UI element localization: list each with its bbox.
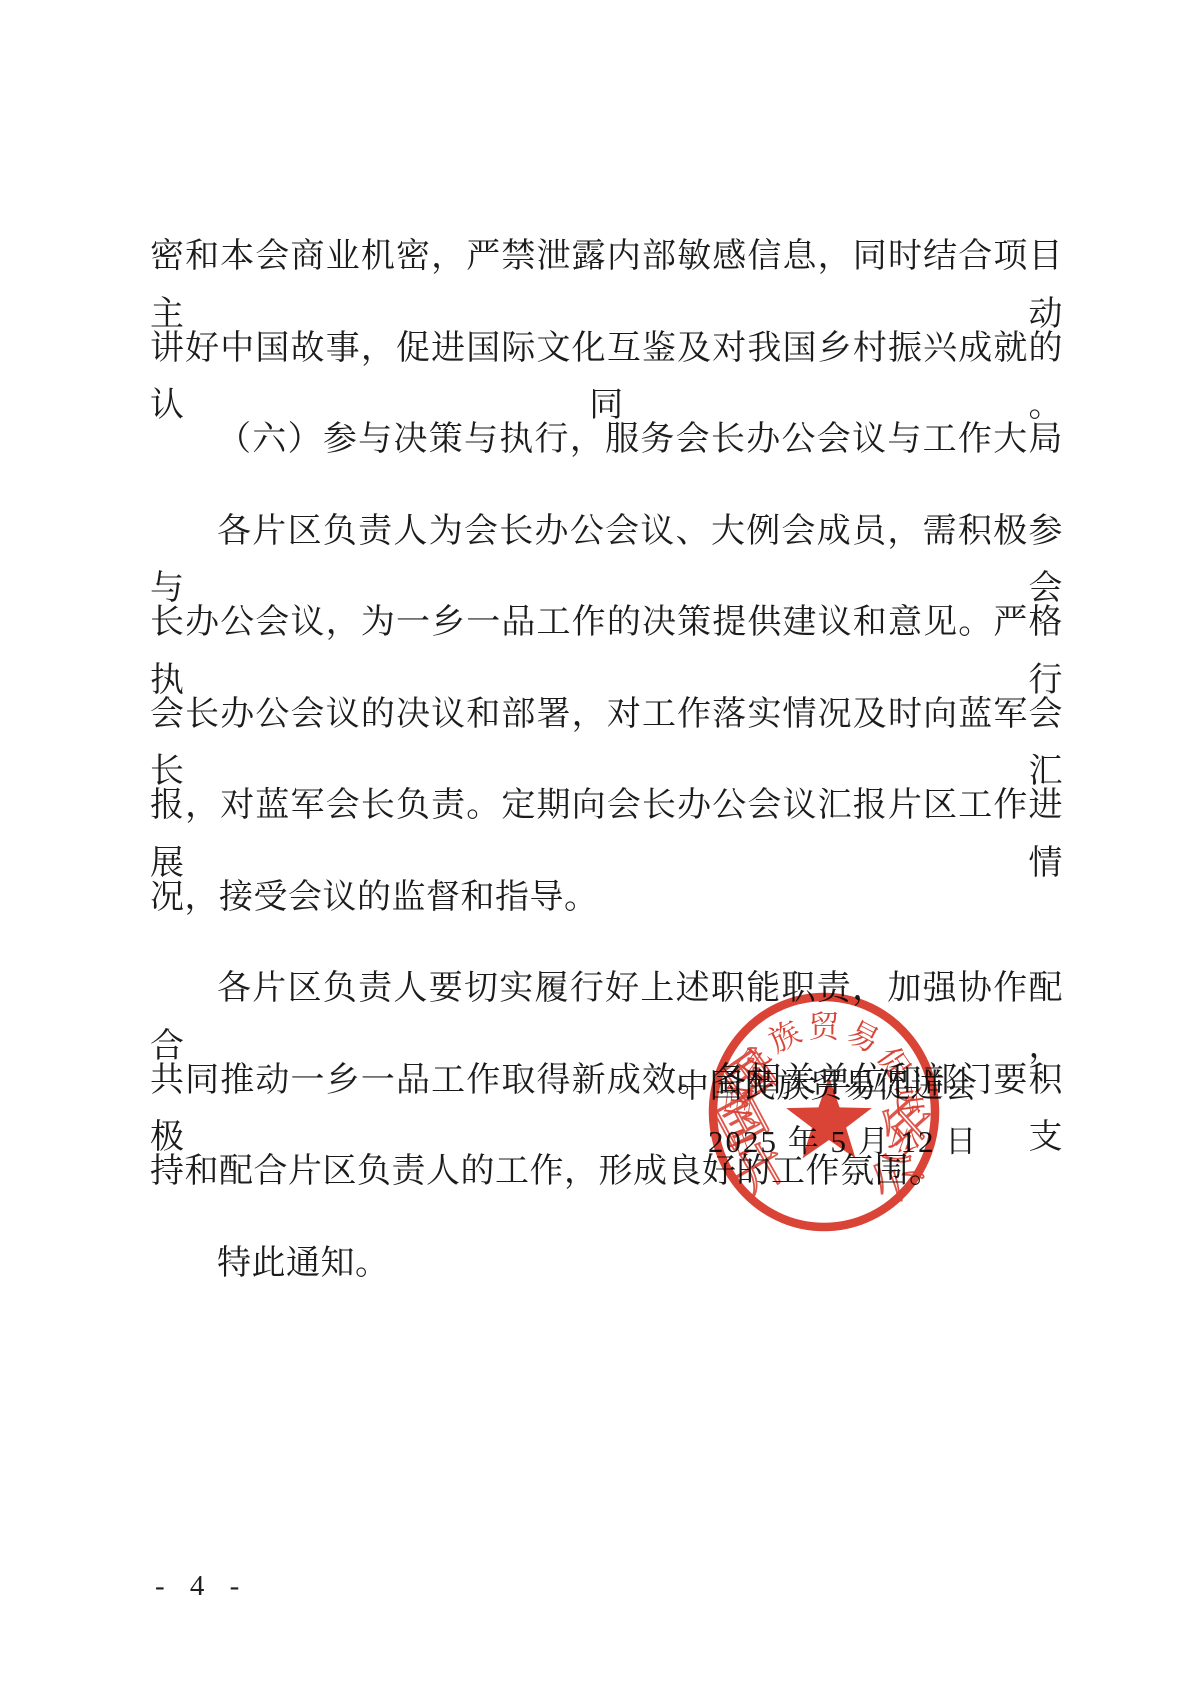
section-heading: （六）参与决策与执行，服务会长办公会议与工作大局 [150,411,1063,469]
document-page: 密和本会商业机密，严禁泄露内部敏感信息，同时结合项目主动 讲好中国故事，促进国际… [0,0,1198,1695]
seal-ring-char: 贸 [809,1010,841,1045]
seal-ghost-char: 公 [859,1139,934,1214]
official-seal-stamp: 中国民族贸易促进会 国 国 廾 年 公 [655,935,1000,1280]
seal-ring-char: 易 [841,1014,885,1059]
page-number: - 4 - [155,1570,248,1603]
seal-ring-char: 促 [870,1040,916,1085]
text-line: 密和本会商业机密，严禁泄露内部敏感信息，同时结合项目主动 [150,228,1063,286]
text-line: 各片区负责人为会长办公会议、大例会成员，需积极参与会 [150,503,1063,561]
seal-star-icon [786,1077,872,1158]
text-line: 报，对蓝军会长负责。定期向会长办公会议汇报片区工作进展情 [150,777,1063,835]
text-line: 会长办公会议的决议和部署，对工作落实情况及时向蓝军会长汇 [150,686,1063,744]
text-line: 长办公会议，为一乡一品工作的决策提供建议和意见。严格执行 [150,594,1063,652]
seal-ring-char: 族 [763,1014,807,1059]
text-line: 讲好中国故事，促进国际文化互鉴及对我国乡村振兴成就的认同。 [150,320,1063,378]
